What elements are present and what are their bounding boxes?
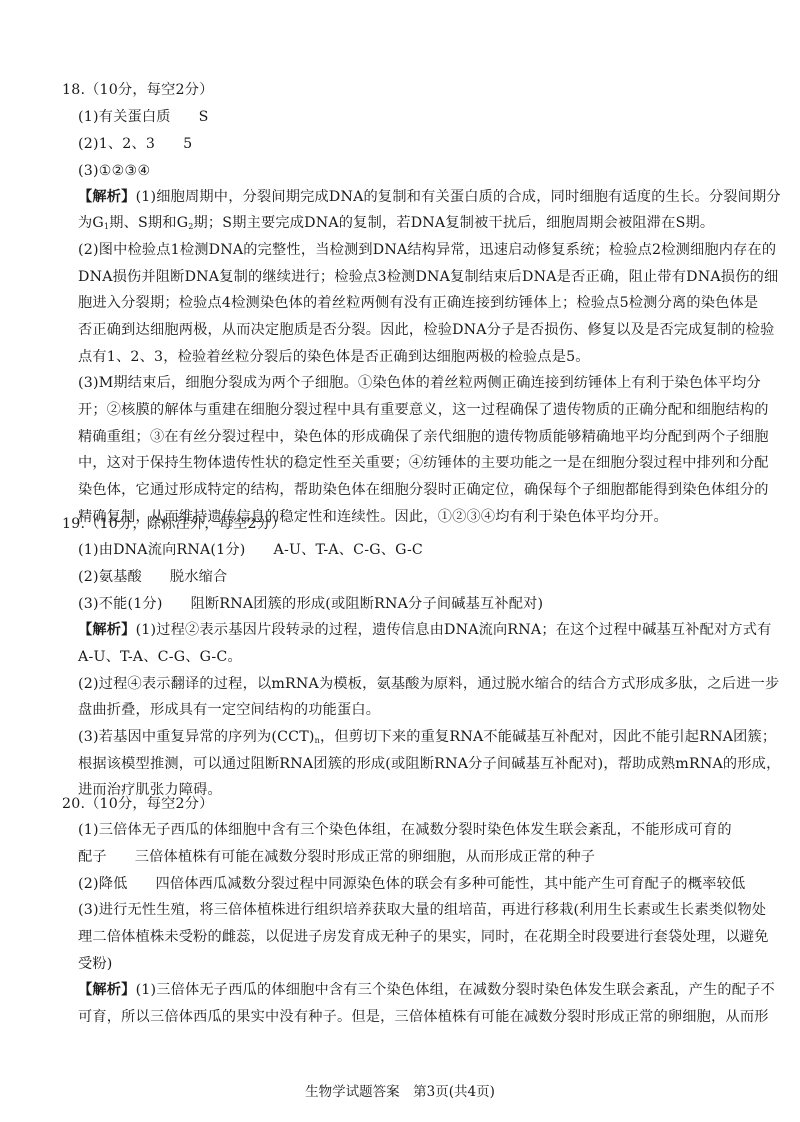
q19-answer-1-label: (1)由DNA流向RNA(1分) [78, 542, 246, 558]
q18-answer-1-value: S [199, 109, 209, 125]
q20-answer-1: (1)三倍体无子西瓜的体细胞中含有三个染色体组，在减数分裂时染色体发生联会紊乱，… [78, 820, 732, 840]
q20-analysis-line: 可育，所以三倍体西瓜的果实中没有种子。但是，三倍体植株有可能在减数分裂时形成正常… [78, 1007, 769, 1027]
q18-analysis-line: 胞进入分裂期；检验点4检测染色体的着丝粒两侧有没有正确连接到纺锤体上；检验点5检… [78, 293, 758, 313]
q18-answer-3: (3)①②③④ [78, 161, 150, 181]
q20-answer-2: (2)降低四倍体西瓜减数分裂过程中同源染色体的联会有多种可能性，其中能产生可育配… [78, 874, 745, 894]
q19-analysis-line: A-U、T-A、C-G、G-C。 [78, 647, 242, 667]
q18-analysis-line: 点有1、2、3，检验着丝粒分裂后的染色体是否正确到达细胞两极的检验点是5。 [78, 347, 590, 367]
q18-answer-2-value: 5 [183, 136, 192, 152]
q18-answer-2-label: (2)1、2、3 [78, 136, 155, 152]
q18-answer-1: (1)有关蛋白质S [78, 107, 209, 127]
answer-sheet-page: 18.（10分，每空2分） (1)有关蛋白质S (2)1、2、35 (3)①②③… [0, 0, 800, 1122]
q19-answer-3-value: 阻断RNA团簇的形成(或阻断RNA分子间碱基互补配对) [191, 596, 544, 612]
page-footer: 生物学试题答案 第3页(共4页) [0, 1082, 800, 1102]
q18-answer-2: (2)1、2、35 [78, 134, 192, 154]
q18-analysis-line: 精确重组；③在有丝分裂过程中，染色体的形成确保了亲代细胞的遗传物质能够精确地平均… [78, 427, 769, 447]
q18-analysis-line: 开；②核膜的解体与重建在细胞分裂过程中具有重要意义，这一过程确保了遗传物质的正确… [78, 400, 769, 420]
q18-analysis-line: 染色体，它通过形成特定的结构，帮助染色体在细胞分裂时正确定位，确保每个子细胞都能… [78, 480, 769, 500]
q19-analysis-line: 根据该模型推测，可以通过阻断RNA团簇的形成(或阻断RNA分子间碱基互补配对)，… [78, 754, 780, 774]
q20-header: 20.（10分，每空2分） [62, 794, 214, 814]
q20-answer-1-cont: 配子三倍体植株有可能在减数分裂时形成正常的卵细胞，从而形成正常的种子 [78, 847, 595, 867]
q18-analysis-line: (2)图中检验点1检测DNA的完整性，当检测到DNA结构异常，迅速启动修复系统；… [78, 240, 776, 260]
q19-answer-2: (2)氨基酸脱水缩合 [78, 567, 227, 587]
q18-analysis-line: 为G1期、S期和G2期；S期主要完成DNA的复制，若DNA复制被干扰后，细胞周期… [78, 213, 714, 233]
q20-analysis-line: 【解析】(1)三倍体无子西瓜的体细胞中含有三个染色体组，在减数分裂时染色体发生联… [78, 980, 775, 1000]
q19-header: 19.（10分，除标注外，每空2分） [62, 514, 286, 534]
q18-answer-1-label: (1)有关蛋白质 [78, 109, 171, 125]
q18-analysis-line: DNA损伤并阻断DNA复制的继续进行；检验点3检测DNA复制结束后DNA是否正确… [78, 267, 778, 287]
q19-answer-3-label: (3)不能(1分) [78, 596, 163, 612]
q18-analysis-line: 否正确到达细胞两极，从而决定胞质是否分裂。因此，检验DNA分子是否损伤、修复以及… [78, 320, 774, 340]
q19-answer-3: (3)不能(1分)阻断RNA团簇的形成(或阻断RNA分子间碱基互补配对) [78, 594, 543, 614]
q19-analysis-line: 盘曲折叠，形成具有一定空间结构的功能蛋白。 [78, 700, 380, 720]
q19-answer-1: (1)由DNA流向RNA(1分)A-U、T-A、C-G、G-C [78, 540, 423, 560]
q20-answer-3-cont: 理二倍体植株未受粉的雌蕊，以促进子房发育成无种子的果实，同时，在花期全时段要进行… [78, 927, 769, 947]
analysis-tag: 【解析】 [78, 982, 136, 998]
q20-answer-3-cont: 受粉) [78, 954, 113, 974]
q19-answer-2-value: 脱水缩合 [170, 569, 228, 585]
q18-analysis-line: 【解析】(1)细胞周期中，分裂间期完成DNA的复制和有关蛋白质的合成，同时细胞有… [78, 187, 781, 207]
q20-answer-3: (3)进行无性生殖，将三倍体植株进行组织培养获取大量的组培苗，再进行移栽(利用生… [78, 900, 766, 920]
analysis-tag: 【解析】 [78, 189, 136, 205]
analysis-tag: 【解析】 [78, 622, 136, 638]
q18-header: 18.（10分，每空2分） [62, 80, 214, 100]
q18-analysis-line: (3)M期结束后，细胞分裂成为两个子细胞。①染色体的着丝粒两侧正确连接到纺锤体上… [78, 373, 761, 393]
q19-answer-2-label: (2)氨基酸 [78, 569, 142, 585]
q19-analysis-line: (3)若基因中重复异常的序列为(CCT)n，但剪切下来的重复RNA不能碱基互补配… [78, 727, 776, 747]
q18-analysis-line: 中，这对于保持生物体遗传性状的稳定性至关重要；④纺锤体的主要功能之一是在细胞分裂… [78, 453, 769, 473]
q19-answer-1-value: A-U、T-A、C-G、G-C [274, 542, 423, 558]
q19-analysis-line: (2)过程④表示翻译的过程，以mRNA为模板，氨基酸为原料，通过脱水缩合的结合方… [78, 674, 779, 694]
q19-analysis-line: 【解析】(1)过程②表示基因片段转录的过程，遗传信息由DNA流向RNA；在这个过… [78, 620, 772, 640]
